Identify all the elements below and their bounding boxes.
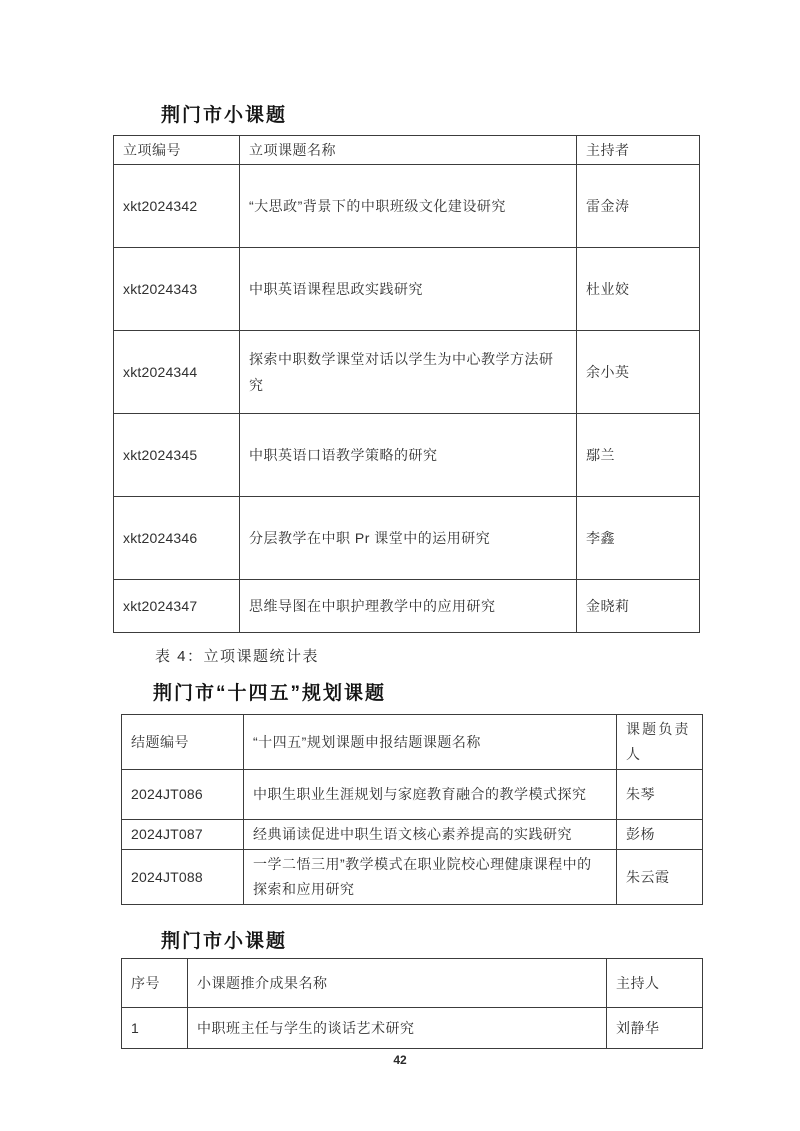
- table-header-cell: 立项编号: [114, 136, 240, 165]
- project-leader-cell: 朱云霞: [617, 850, 703, 905]
- table-row: xkt2024347 思维导图在中职护理教学中的应用研究 金晓莉: [114, 580, 700, 633]
- table-row: 2024JT088 一学二悟三用”教学模式在职业院校心理健康课程中的探索和应用研…: [122, 850, 703, 905]
- table-header-cell: 立项课题名称: [240, 136, 577, 165]
- approved-topics-table: 立项编号 立项课题名称 主持者 xkt2024342 “大思政”背景下的中职班级…: [113, 135, 700, 633]
- project-code-cell: xkt2024347: [114, 580, 240, 633]
- project-code-cell: xkt2024344: [114, 331, 240, 414]
- project-title-cell: 中职生职业生涯规划与家庭教育融合的教学模式探究: [244, 770, 617, 820]
- project-code-cell: xkt2024343: [114, 248, 240, 331]
- section-2-heading: 荆门市“十四五”规划课题: [153, 678, 386, 705]
- document-page: 荆门市小课题 立项编号 立项课题名称 主持者 xkt2024342 “大思政”背…: [0, 0, 800, 1131]
- table-header-cell: 课题负责人: [617, 715, 703, 770]
- promoted-results-table: 序号 小课题推介成果名称 主持人 1 中职班主任与学生的谈话艺术研究 刘静华: [121, 958, 703, 1049]
- table-header-row: 序号 小课题推介成果名称 主持人: [122, 959, 703, 1008]
- project-leader-cell: 彭杨: [617, 820, 703, 850]
- table-header-cell: 小课题推介成果名称: [188, 959, 607, 1008]
- project-code-cell: xkt2024342: [114, 165, 240, 248]
- project-title-cell: 经典诵读促进中职生语文核心素养提高的实践研究: [244, 820, 617, 850]
- table-header-cell: 结题编号: [122, 715, 244, 770]
- section-3-heading: 荆门市小课题: [161, 926, 287, 953]
- table-header-cell: “十四五”规划课题申报结题课题名称: [244, 715, 617, 770]
- fourteenth-five-plan-table: 结题编号 “十四五”规划课题申报结题课题名称 课题负责人 2024JT086 中…: [121, 714, 703, 905]
- project-code-cell: 2024JT088: [122, 850, 244, 905]
- project-leader-cell: 鄢兰: [577, 414, 700, 497]
- project-code-cell: 2024JT087: [122, 820, 244, 850]
- table-row: xkt2024342 “大思政”背景下的中职班级文化建设研究 雷金涛: [114, 165, 700, 248]
- table-row: xkt2024344 探索中职数学课堂对话以学生为中心教学方法研究 余小英: [114, 331, 700, 414]
- table-row: xkt2024346 分层教学在中职 Pr 课堂中的运用研究 李鑫: [114, 497, 700, 580]
- project-title-cell: 探索中职数学课堂对话以学生为中心教学方法研究: [240, 331, 577, 414]
- project-leader-cell: 金晓莉: [577, 580, 700, 633]
- serial-number-cell: 1: [122, 1008, 188, 1049]
- table-row: 2024JT086 中职生职业生涯规划与家庭教育融合的教学模式探究 朱琴: [122, 770, 703, 820]
- project-title-cell: 中职英语课程思政实践研究: [240, 248, 577, 331]
- table-4-caption: 表 4：立项课题统计表: [155, 645, 319, 666]
- project-leader-cell: 余小英: [577, 331, 700, 414]
- project-leader-cell: 李鑫: [577, 497, 700, 580]
- project-code-cell: xkt2024346: [114, 497, 240, 580]
- project-code-cell: 2024JT086: [122, 770, 244, 820]
- table-header-cell: 序号: [122, 959, 188, 1008]
- table-header-cell: 主持人: [607, 959, 703, 1008]
- table-row: xkt2024343 中职英语课程思政实践研究 杜业姣: [114, 248, 700, 331]
- result-title-cell: 中职班主任与学生的谈话艺术研究: [188, 1008, 607, 1049]
- table-header-row: 结题编号 “十四五”规划课题申报结题课题名称 课题负责人: [122, 715, 703, 770]
- table-header-row: 立项编号 立项课题名称 主持者: [114, 136, 700, 165]
- table-header-cell: 主持者: [577, 136, 700, 165]
- project-title-cell: “大思政”背景下的中职班级文化建设研究: [240, 165, 577, 248]
- project-leader-cell: 朱琴: [617, 770, 703, 820]
- project-leader-cell: 杜业姣: [577, 248, 700, 331]
- table-row: xkt2024345 中职英语口语教学策略的研究 鄢兰: [114, 414, 700, 497]
- project-title-cell: 分层教学在中职 Pr 课堂中的运用研究: [240, 497, 577, 580]
- project-code-cell: xkt2024345: [114, 414, 240, 497]
- project-title-cell: 中职英语口语教学策略的研究: [240, 414, 577, 497]
- project-title-cell: 一学二悟三用”教学模式在职业院校心理健康课程中的探索和应用研究: [244, 850, 617, 905]
- project-title-cell: 思维导图在中职护理教学中的应用研究: [240, 580, 577, 633]
- table-row: 1 中职班主任与学生的谈话艺术研究 刘静华: [122, 1008, 703, 1049]
- table-row: 2024JT087 经典诵读促进中职生语文核心素养提高的实践研究 彭杨: [122, 820, 703, 850]
- project-leader-cell: 刘静华: [607, 1008, 703, 1049]
- section-1-heading: 荆门市小课题: [161, 100, 287, 127]
- page-number: 42: [0, 1053, 800, 1067]
- project-leader-cell: 雷金涛: [577, 165, 700, 248]
